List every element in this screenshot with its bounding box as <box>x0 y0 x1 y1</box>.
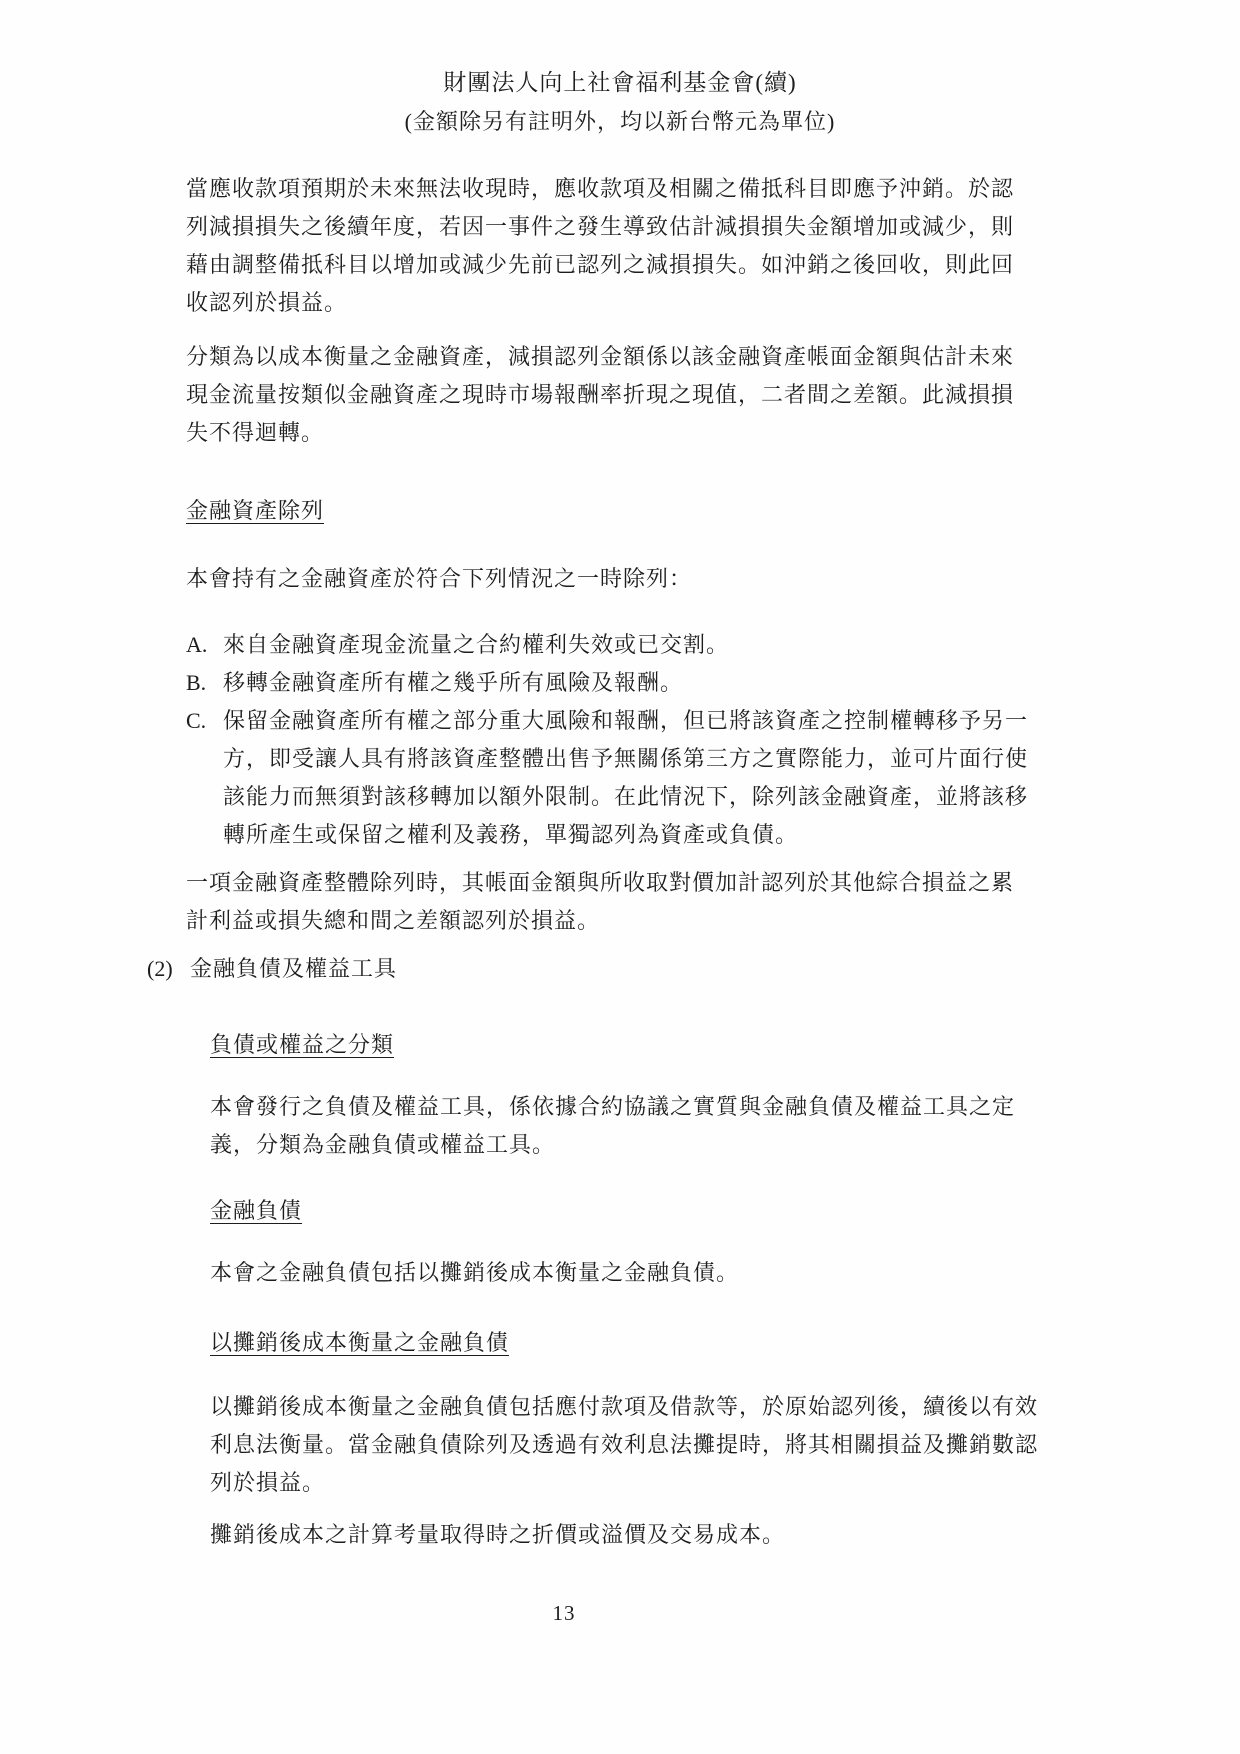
text-line: 來自金融資產現金流量之合約權利失效或已交割。 <box>223 626 729 664</box>
text-line: 保留金融資產所有權之部分重大風險和報酬，但已將該資產之控制權轉移予另一 <box>223 702 1028 740</box>
list-item-c-text: 保留金融資產所有權之部分重大風險和報酬，但已將該資產之控制權轉移予另一方，即受讓… <box>223 702 1028 854</box>
paragraph-whole-derecognition: 一項金融資產整體除列時，其帳面金額與所收取對價加計認列於其他綜合損益之累計利益或… <box>186 864 1046 940</box>
heading-liability-equity-classification-text: 負債或權益之分類 <box>210 1032 394 1057</box>
text-line: 利息法衡量。當金融負債除列及透過有效利息法攤提時，將其相關損益及攤銷數認 <box>210 1426 1070 1464</box>
text-line: 列減損損失之後續年度，若因一事件之發生導致估計減損損失金額增加或減少，則 <box>186 208 1046 246</box>
paragraph-cost-measured-impairment: 分類為以成本衡量之金融資產，減損認列金額係以該金融資產帳面金額與估計未來現金流量… <box>186 338 1046 452</box>
list-item-b: B. 移轉金融資產所有權之幾乎所有風險及報酬。 <box>186 664 1046 702</box>
text-line: 現金流量按類似金融資產之現時市場報酬率折現之現值，二者間之差額。此減損損 <box>186 376 1046 414</box>
text-line: 分類為以成本衡量之金融資產，減損認列金額係以該金融資產帳面金額與估計未來 <box>186 338 1046 376</box>
text-line: 以攤銷後成本衡量之金融負債包括應付款項及借款等，於原始認列後，續後以有效 <box>210 1388 1070 1426</box>
text-line: 失不得迴轉。 <box>186 414 1046 452</box>
section-item-2: (2) 金融負債及權益工具 <box>147 950 1047 988</box>
list-item-b-marker: B. <box>186 664 223 702</box>
list-item-a-marker: A. <box>186 626 223 664</box>
heading-amortized-cost-liabilities: 以攤銷後成本衡量之金融負債 <box>210 1324 1070 1362</box>
text-line: 義，分類為金融負債或權益工具。 <box>210 1126 1070 1164</box>
document-subtitle: (金額除另有註明外，均以新台幣元為單位) <box>0 103 1240 141</box>
document-title: 財團法人向上社會福利基金會(續) <box>0 64 1240 102</box>
text-line: 收認列於損益。 <box>186 284 1046 322</box>
text-line: 本會持有之金融資產於符合下列情況之一時除列： <box>186 560 1046 598</box>
heading-amortized-cost-liabilities-text: 以攤銷後成本衡量之金融負債 <box>210 1330 509 1355</box>
text-line: 當應收款項預期於未來無法收現時，應收款項及相關之備抵科目即應予沖銷。於認 <box>186 170 1046 208</box>
paragraph-receivables-writeoff: 當應收款項預期於未來無法收現時，應收款項及相關之備抵科目即應予沖銷。於認列減損損… <box>186 170 1046 322</box>
document-page: 財團法人向上社會福利基金會(續) (金額除另有註明外，均以新台幣元為單位) 當應… <box>0 0 1240 1754</box>
heading-financial-liabilities-text: 金融負債 <box>210 1198 302 1223</box>
heading-liability-equity-classification: 負債或權益之分類 <box>210 1026 1070 1064</box>
list-item-c: C. 保留金融資產所有權之部分重大風險和報酬，但已將該資產之控制權轉移予另一方，… <box>186 702 1046 854</box>
paragraph-liability-equity-classification: 本會發行之負債及權益工具，係依據合約協議之實質與金融負債及權益工具之定義，分類為… <box>210 1088 1070 1164</box>
text-line: 計利益或損失總和間之差額認列於損益。 <box>186 902 1046 940</box>
text-line: 一項金融資產整體除列時，其帳面金額與所收取對價加計認列於其他綜合損益之累 <box>186 864 1046 902</box>
text-line: 藉由調整備抵科目以增加或減少先前已認列之減損損失。如沖銷之後回收，則此回 <box>186 246 1046 284</box>
heading-financial-liabilities: 金融負債 <box>210 1192 1070 1230</box>
list-item-c-marker: C. <box>186 702 223 854</box>
text-line: 攤銷後成本之計算考量取得時之折價或溢價及交易成本。 <box>210 1516 1070 1554</box>
section-item-2-label: 金融負債及權益工具 <box>190 950 397 988</box>
list-item-a: A. 來自金融資產現金流量之合約權利失效或已交割。 <box>186 626 1046 664</box>
heading-financial-asset-derecognition: 金融資產除列 <box>186 492 1046 530</box>
paragraph-derecognition-intro: 本會持有之金融資產於符合下列情況之一時除列： <box>186 560 1046 598</box>
text-line: 該能力而無須對該移轉加以額外限制。在此情況下，除列該金融資產，並將該移 <box>223 778 1028 816</box>
text-line: 列於損益。 <box>210 1464 1070 1502</box>
text-line: 方，即受讓人具有將該資產整體出售予無關係第三方之實際能力，並可片面行使 <box>223 740 1028 778</box>
section-item-2-marker: (2) <box>147 950 190 988</box>
page-number: 13 <box>0 1594 1128 1632</box>
list-item-a-text: 來自金融資產現金流量之合約權利失效或已交割。 <box>223 626 729 664</box>
paragraph-amortized-cost-liabilities: 以攤銷後成本衡量之金融負債包括應付款項及借款等，於原始認列後，續後以有效利息法衡… <box>210 1388 1070 1502</box>
text-line: 本會之金融負債包括以攤銷後成本衡量之金融負債。 <box>210 1254 1070 1292</box>
text-line: 本會發行之負債及權益工具，係依據合約協議之實質與金融負債及權益工具之定 <box>210 1088 1070 1126</box>
paragraph-amortized-cost-calculation: 攤銷後成本之計算考量取得時之折價或溢價及交易成本。 <box>210 1516 1070 1554</box>
text-line: 轉所產生或保留之權利及義務，單獨認列為資產或負債。 <box>223 816 1028 854</box>
text-line: 移轉金融資產所有權之幾乎所有風險及報酬。 <box>223 664 683 702</box>
list-item-b-text: 移轉金融資產所有權之幾乎所有風險及報酬。 <box>223 664 683 702</box>
paragraph-financial-liabilities: 本會之金融負債包括以攤銷後成本衡量之金融負債。 <box>210 1254 1070 1292</box>
heading-financial-asset-derecognition-text: 金融資產除列 <box>186 498 324 523</box>
